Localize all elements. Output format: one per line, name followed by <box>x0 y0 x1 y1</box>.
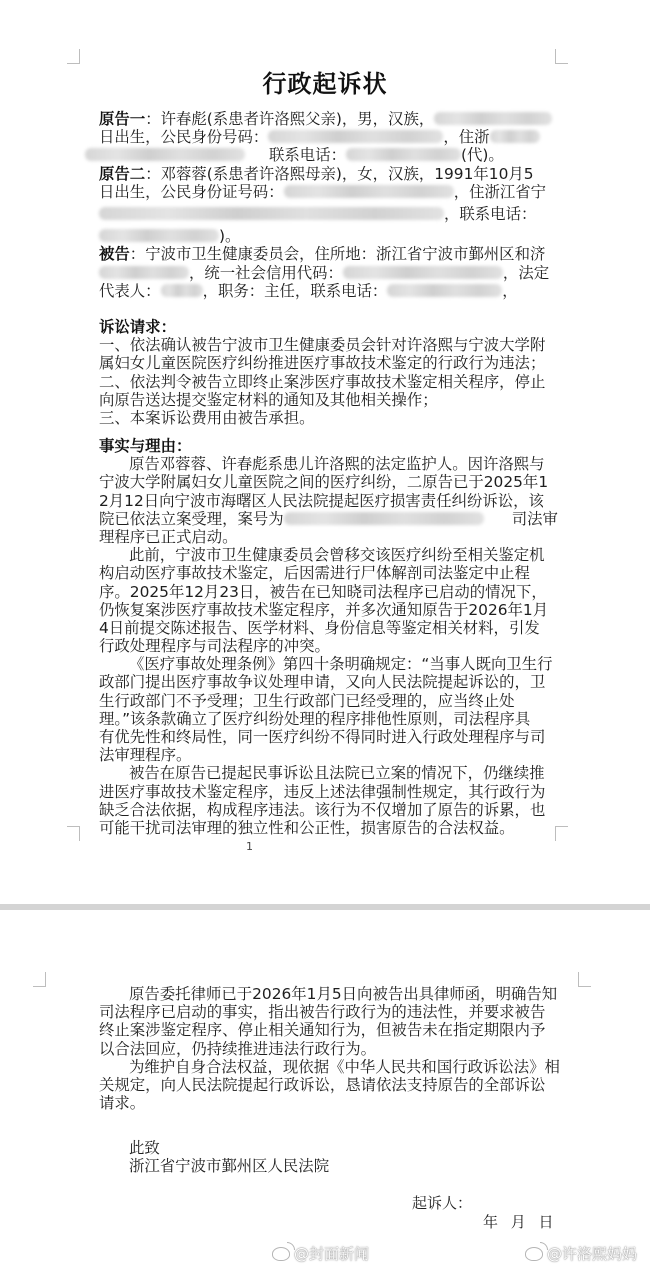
redacted-id-number <box>284 185 454 198</box>
plaintiff1-line1: 原告一：许春彪(系患者许洛熙父亲)，男，汉族， <box>99 110 551 128</box>
facts-para5-line: 司法程序已启动的事实，指出被告行政行为的违法性，并要求被告 <box>99 1003 551 1021</box>
facts-para2-line: 4日前提交陈述报告、医学材料、身份信息等鉴定相关材料，引发 <box>99 619 551 637</box>
facts-para4-line: 缺乏合法依据，构成程序违法。该行为不仅增加了原告的诉累，也 <box>99 801 551 819</box>
facts-para1-line: 原告邓蓉蓉、许春彪系患儿许洛熙的法定监护人。因许洛熙与 <box>99 455 551 473</box>
defendant-line1: 被告：宁波市卫生健康委员会，住所地：浙江省宁波市鄞州区和济 <box>99 245 551 263</box>
redacted-address <box>99 207 444 220</box>
facts-para1-line: 2月12日向宁波市海曙区人民法院提起医疗损害责任纠纷诉讼，该 <box>99 492 551 510</box>
facts-section: 事实与理由： 原告邓蓉蓉、许春彪系患儿许洛熙的法定监护人。因许洛熙与 宁波大学附… <box>99 437 551 837</box>
facts-para4-line: 可能干扰司法审理的独立性和公正性，损害原告的合法权益。 <box>99 819 551 837</box>
redacted-phone <box>387 284 502 297</box>
weibo-icon <box>272 1247 290 1261</box>
page-corner-mark <box>555 826 568 841</box>
claim-line: 一、依法确认被告宁波市卫生健康委员会针对许洛熙与宁波大学附 <box>99 336 551 354</box>
claim-line: 三、本案诉讼费用由被告承担。 <box>99 409 551 427</box>
facts-para4-line: 进医疗事故技术鉴定程序，违反上述法律强制性规定，其行政行为 <box>99 783 551 801</box>
facts-para6-line: 请求。 <box>99 1094 551 1112</box>
facts-para5-line: 原告委托律师已于2026年1月5日向被告出具律师函，明确告知 <box>99 985 551 1003</box>
facts-para3-line: 有优先性和终局性，同一医疗纠纷不得同时进入行政处理程序与司 <box>99 728 551 746</box>
facts-para3-line: 法审理程序。 <box>99 746 551 764</box>
plaintiff1-line3: 联系电话：(代)。 <box>99 146 551 164</box>
facts-para1-line: 宁波大学附属妇女儿童医院之间的医疗纠纷，二原告已于2025年1 <box>99 473 551 491</box>
facts-para6-line: 关规定，向人民法院提起行政诉讼，恳请依法支持原告的全部诉讼 <box>99 1076 551 1094</box>
watermark-right: @许洛熙妈妈 <box>525 1243 637 1264</box>
defendant-line3: 代表人：，职务：主任，联系电话：， <box>99 282 551 300</box>
redacted-phone <box>99 229 219 242</box>
page-corner-mark <box>578 972 591 987</box>
facts-para2-line: 行政处理程序与司法程序的冲突。 <box>99 637 551 655</box>
redacted-id-number <box>268 130 443 143</box>
page-number: 1 <box>246 840 253 853</box>
document-page-1: 行政起诉状 原告一：许春彪(系患者许洛熙父亲)，男，汉族， 日出生，公民身份号码… <box>0 0 650 904</box>
facts-para1-line: 理程序已正式启动。 <box>99 528 551 546</box>
facts-para2-line: 仍恢复案涉医疗事故技术鉴定程序，并多次通知原告于2026年1月 <box>99 601 551 619</box>
signer-label: 起诉人： <box>412 1192 472 1213</box>
page-corner-mark <box>67 49 80 64</box>
date-placeholder: 年 月 日 <box>483 1211 554 1232</box>
facts-para4-line: 被告在原告已提起民事诉讼且法院已立案的情况下，仍继续推 <box>99 764 551 782</box>
facts-para5-line: 终止案涉鉴定程序、停止相关通知行为，但被告未在指定期限内予 <box>99 1021 551 1039</box>
closing-salutation: 此致 <box>99 1139 551 1157</box>
watermark-left: @封面新闻 <box>272 1243 369 1264</box>
defendant-label: 被告 <box>99 245 130 263</box>
claims-section: 诉讼请求： 一、依法确认被告宁波市卫生健康委员会针对许洛熙与宁波大学附 属妇女儿… <box>99 318 551 427</box>
claim-line: 向原告送达提交鉴定材料的通知及其他相关操作； <box>99 391 551 409</box>
facts-para2-line: 序。2025年12月23日，被告在已知晓司法程序已启动的情况下， <box>99 583 551 601</box>
page-corner-mark <box>67 826 80 841</box>
claims-heading: 诉讼请求： <box>99 318 551 336</box>
redacted-name <box>161 284 203 297</box>
redacted-phone <box>346 148 461 161</box>
plaintiff2-line2: 日出生，公民身份证号码：，住浙江省宁 <box>99 183 551 201</box>
plaintiff2-line1: 原告二：邓蓉蓉(系患者许洛熙母亲)，女，汉族，1991年10月5 <box>99 165 551 183</box>
plaintiff1-line2: 日出生，公民身份号码：，住浙 <box>99 128 551 146</box>
claim-line: 二、依法判令被告立即终止案涉医疗事故技术鉴定相关程序，停止 <box>99 373 551 391</box>
redacted-address <box>490 130 540 143</box>
facts-para3-line: 理。”该条款确立了医疗纠纷处理的程序排他性原则，司法程序具 <box>99 710 551 728</box>
page-corner-mark <box>33 972 46 987</box>
facts-continued: 原告委托律师已于2026年1月5日向被告出具律师函，明确告知 司法程序已启动的事… <box>99 985 551 1175</box>
redacted-address <box>99 266 189 279</box>
facts-para2-line: 构启动医疗事故技术鉴定，后因需进行尸体解剖司法鉴定中止程 <box>99 564 551 582</box>
facts-para6-line: 为维护自身合法权益，现依据《中华人民共和国行政诉讼法》相 <box>99 1058 551 1076</box>
facts-heading: 事实与理由： <box>99 437 551 455</box>
facts-para2-line: 此前，宁波市卫生健康委员会曾移交该医疗纠纷至相关鉴定机 <box>99 546 551 564</box>
plaintiff2-line4: )。 <box>99 227 551 245</box>
page-corner-mark <box>555 49 568 64</box>
redacted-case-number <box>284 512 484 525</box>
facts-para5-line: 以合法回应，仍持续推进违法行政行为。 <box>99 1040 551 1058</box>
facts-para3-line: 生行政部门不予受理；卫生行政部门已经受理的，应当终止处 <box>99 692 551 710</box>
claim-line: 属妇女儿童医院医疗纠纷推进医疗事故技术鉴定的行政行为违法； <box>99 354 551 372</box>
parties-section: 原告一：许春彪(系患者许洛熙父亲)，男，汉族， 日出生，公民身份号码：，住浙 联… <box>99 110 551 300</box>
weibo-icon <box>525 1247 543 1261</box>
plaintiff1-label: 原告一 <box>99 110 145 128</box>
defendant-line2: ，统一社会信用代码：，法定 <box>99 264 551 282</box>
facts-para3-line: 政部门提出医疗事故争议处理申请，又向人民法院提起诉讼的，卫 <box>99 673 551 691</box>
facts-para3-line: 《医疗事故处理条例》第四十条明确规定：“当事人既向卫生行 <box>99 655 551 673</box>
redacted-credit-code <box>343 266 503 279</box>
redacted-field <box>434 112 552 125</box>
plaintiff2-label: 原告二 <box>99 165 145 183</box>
document-title: 行政起诉状 <box>0 64 650 99</box>
facts-para1-case-line: 院已依法立案受理，案号为司法审 <box>99 510 551 528</box>
plaintiff2-line3: ，联系电话： <box>99 205 551 223</box>
closing-court: 浙江省宁波市鄞州区人民法院 <box>99 1157 551 1175</box>
redacted-address <box>85 148 245 161</box>
